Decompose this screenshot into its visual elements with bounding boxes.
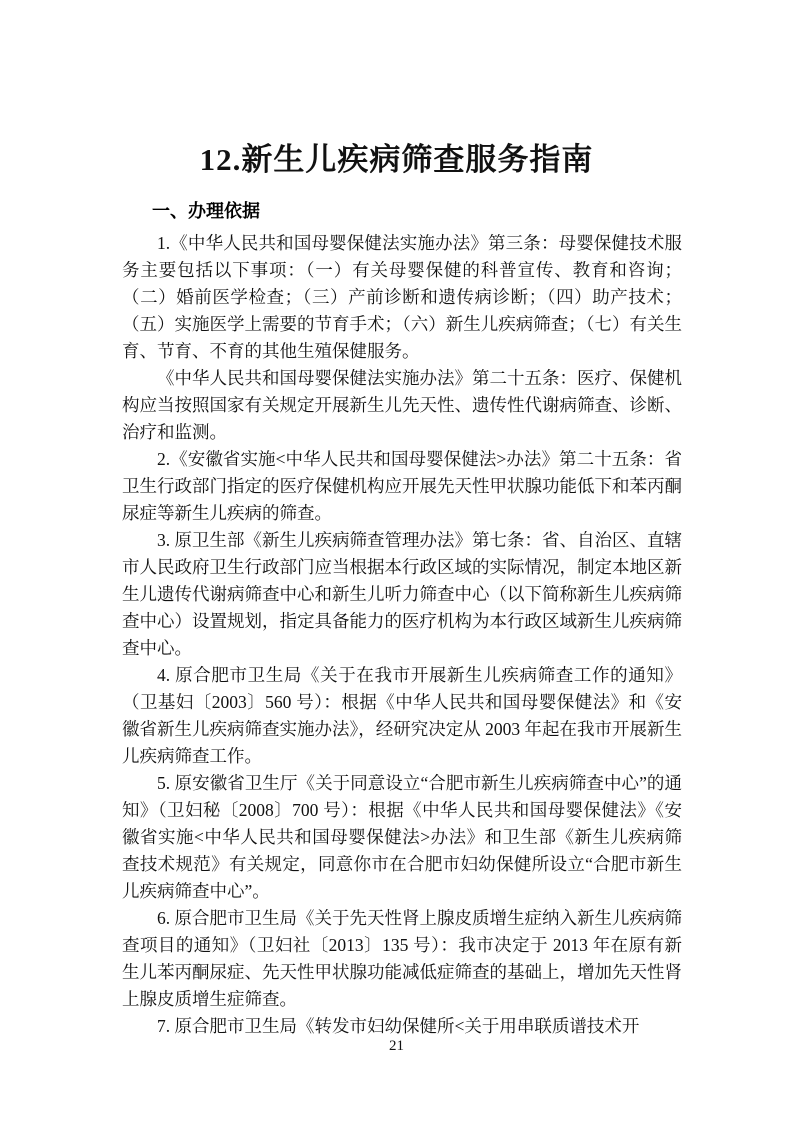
paragraph-basis-7: 7. 原合肥市卫生局《转发市妇幼保健所<关于用串联质谱技术开 bbox=[122, 1013, 682, 1040]
paragraph-basis-3: 3. 原卫生部《新生儿疾病筛查管理办法》第七条：省、自治区、直辖市人民政府卫生行… bbox=[122, 527, 682, 662]
page-title: 12.新生儿疾病筛查服务指南 bbox=[0, 134, 793, 179]
paragraph-basis-5: 5. 原安徽省卫生厅《关于同意设立“合肥市新生儿疾病筛查中心”的通知》（卫妇秘〔… bbox=[122, 770, 682, 905]
document-body: 一、办理依据 1.《中华人民共和国母婴保健法实施办法》第三条：母婴保健技术服务主… bbox=[122, 197, 682, 1040]
page-number: 21 bbox=[0, 1038, 793, 1055]
section-heading: 一、办理依据 bbox=[122, 197, 682, 223]
paragraph-basis-6: 6. 原合肥市卫生局《关于先天性肾上腺皮质增生症纳入新生儿疾病筛查项目的通知》（… bbox=[122, 905, 682, 1013]
paragraph-basis-2: 2.《安徽省实施<中华人民共和国母婴保健法>办法》第二十五条：省卫生行政部门指定… bbox=[122, 446, 682, 527]
paragraph-basis-1: 1.《中华人民共和国母婴保健法实施办法》第三条：母婴保健技术服务主要包括以下事项… bbox=[122, 230, 682, 365]
paragraph-basis-4: 4. 原合肥市卫生局《关于在我市开展新生儿疾病筛查工作的通知》（卫基妇〔2003… bbox=[122, 662, 682, 770]
document-page: 12.新生儿疾病筛查服务指南 一、办理依据 1.《中华人民共和国母婴保健法实施办… bbox=[0, 0, 793, 1122]
paragraph-basis-1b: 《中华人民共和国母婴保健法实施办法》第二十五条：医疗、保健机构应当按照国家有关规… bbox=[122, 365, 682, 446]
